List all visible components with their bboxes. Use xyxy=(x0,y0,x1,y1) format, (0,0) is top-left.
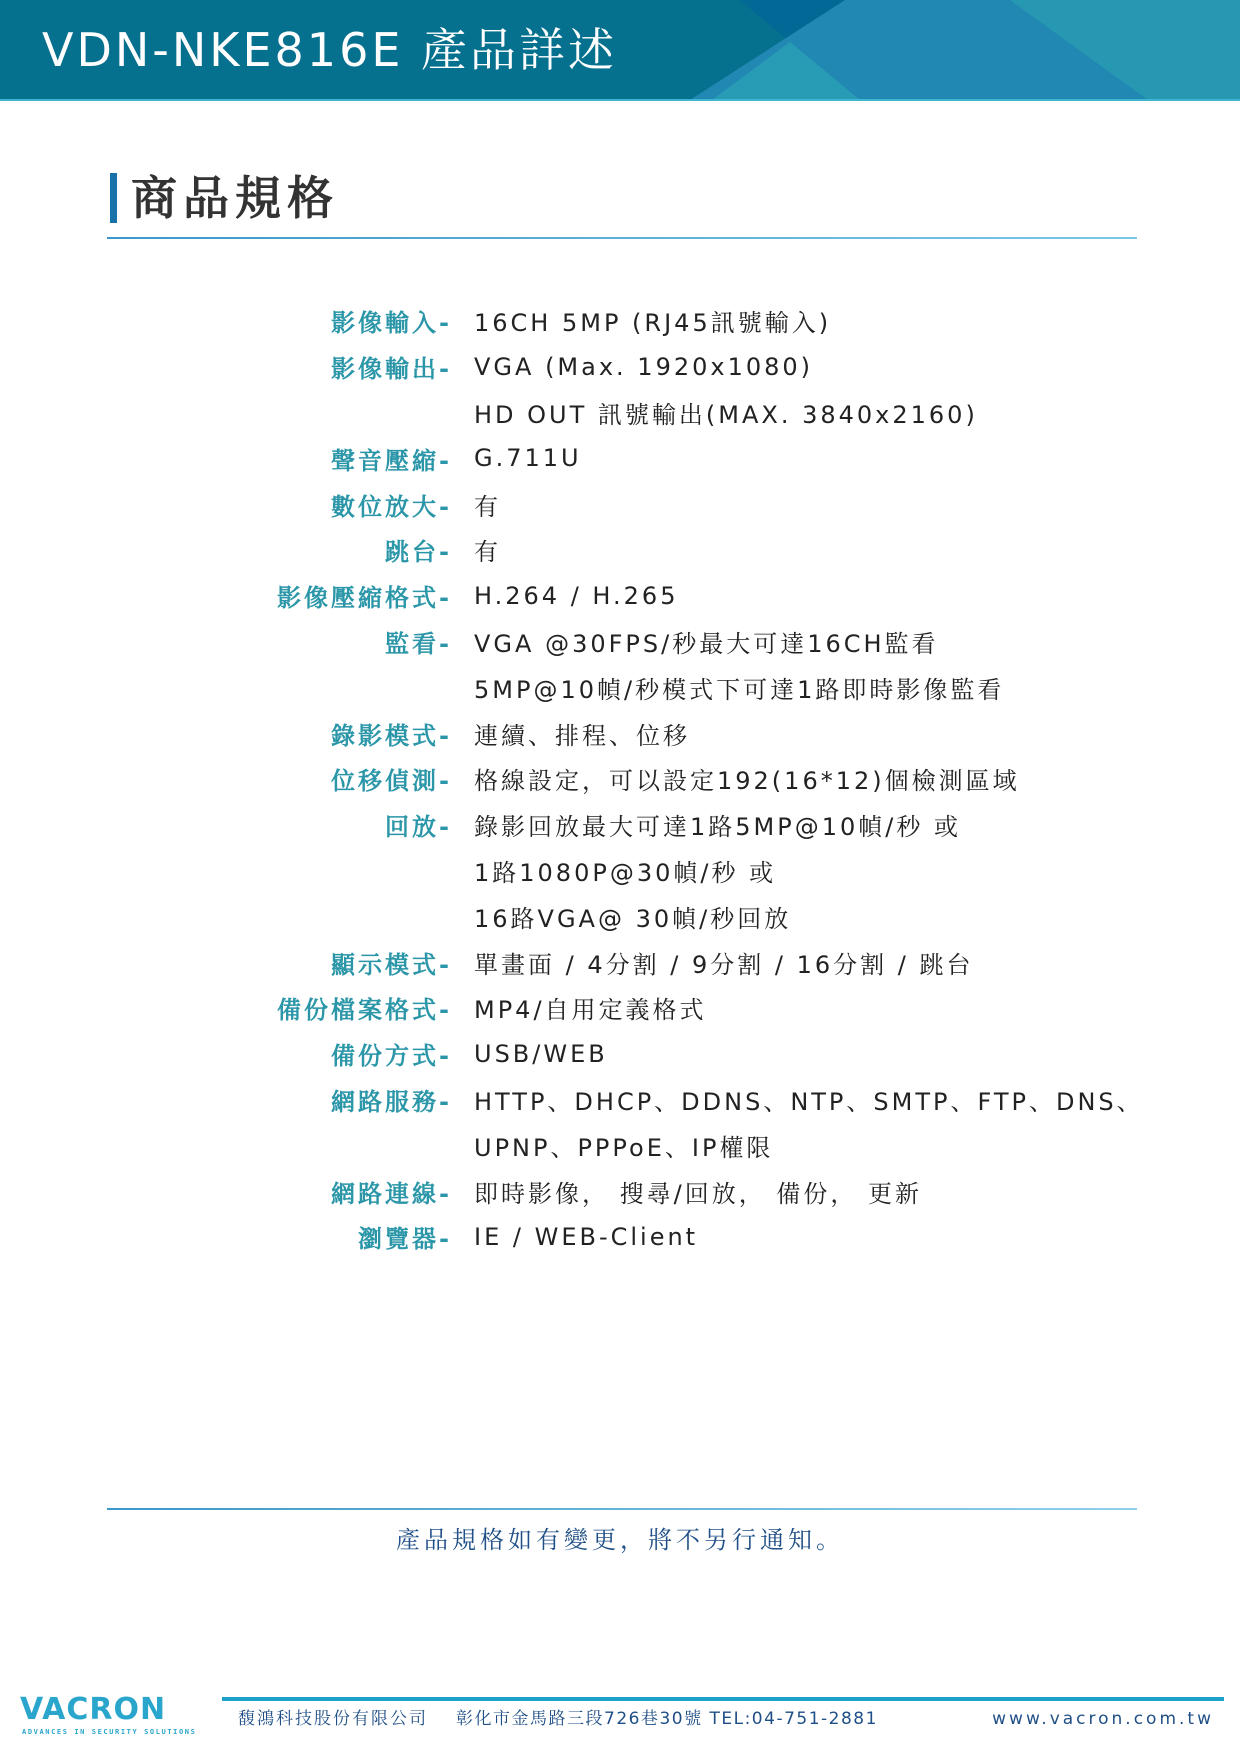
spec-label: 聲音壓縮- xyxy=(0,441,452,476)
spec-label: 數位放大- xyxy=(0,487,452,522)
footer-website-link[interactable]: www.vacron.com.tw xyxy=(992,1706,1214,1732)
spec-row: 5MP@10幀/秒模式下可達1路即時影像監看 xyxy=(0,664,1240,710)
spec-row: 監看-VGA @30FPS/秒最大可達16CH監看 xyxy=(0,619,1240,665)
spec-row: 備份方式-USB/WEB xyxy=(0,1031,1240,1077)
footer-divider xyxy=(222,1697,1224,1701)
spec-row: 錄影模式-連續、排程、位移 xyxy=(0,710,1240,756)
spec-row: 跳台-有 xyxy=(0,527,1240,573)
spec-label: 顯示模式- xyxy=(0,945,452,980)
logo-tagline: ADVANCES IN SECURITY SOLUTIONS xyxy=(22,1728,196,1736)
spec-list: 影像輸入-16CH 5MP (RJ45訊號輸入) 影像輸出-VGA (Max. … xyxy=(0,298,1240,1260)
spec-row: 顯示模式-單畫面 / 4分割 / 9分割 / 16分割 / 跳台 xyxy=(0,939,1240,985)
spec-row: 瀏覽器-IE / WEB-Client xyxy=(0,1214,1240,1260)
spec-row: 數位放大-有 xyxy=(0,481,1240,527)
spec-row: 1路1080P@30幀/秒 或 xyxy=(0,848,1240,894)
logo-wordmark: VACRON xyxy=(20,1694,166,1726)
spec-value: 連續、排程、位移 xyxy=(474,716,690,751)
spec-value: 有 xyxy=(474,532,501,567)
spec-value: 單畫面 / 4分割 / 9分割 / 16分割 / 跳台 xyxy=(474,945,973,980)
spec-label: 網路服務- xyxy=(0,1082,452,1117)
spec-value: USB/WEB xyxy=(474,1040,608,1068)
spec-value: 格線設定，可以設定192(16*12)個檢測區域 xyxy=(474,761,1020,796)
spec-value: 5MP@10幀/秒模式下可達1路即時影像監看 xyxy=(474,670,1004,705)
spec-row: 聲音壓縮-G.711U xyxy=(0,435,1240,481)
spec-label: 瀏覽器- xyxy=(0,1219,452,1254)
vacron-logo: VACRON ADVANCES IN SECURITY SOLUTIONS xyxy=(20,1694,210,1740)
spec-value: VGA @30FPS/秒最大可達16CH監看 xyxy=(474,624,939,659)
spec-row: 影像壓縮格式-H.264 / H.265 xyxy=(0,573,1240,619)
spec-row: 16路VGA@ 30幀/秒回放 xyxy=(0,893,1240,939)
spec-row: 網路服務-HTTP、DHCP、DDNS、NTP、SMTP、FTP、DNS、 xyxy=(0,1077,1240,1123)
footer-address: 彰化市金馬路三段726巷30號 TEL:04-751-2881 xyxy=(456,1706,878,1732)
section-divider xyxy=(107,237,1137,239)
spec-label: 跳台- xyxy=(0,532,452,567)
spec-value: 16路VGA@ 30幀/秒回放 xyxy=(474,899,791,934)
spec-label: 影像壓縮格式- xyxy=(0,578,452,613)
spec-row: 備份檔案格式-MP4/自用定義格式 xyxy=(0,985,1240,1031)
spec-label: 位移偵測- xyxy=(0,761,452,796)
spec-value: HD OUT 訊號輸出(MAX. 3840x2160) xyxy=(474,395,978,430)
spec-value: H.264 / H.265 xyxy=(474,582,678,610)
spec-value: 即時影像， 搜尋/回放， 備份， 更新 xyxy=(474,1174,922,1209)
section-accent-bar xyxy=(110,173,117,223)
spec-label: 網路連線- xyxy=(0,1174,452,1209)
spec-label: 回放- xyxy=(0,807,452,842)
spec-row: 回放-錄影回放最大可達1路5MP@10幀/秒 或 xyxy=(0,802,1240,848)
spec-row: 影像輸出-VGA (Max. 1920x1080) xyxy=(0,344,1240,390)
header-banner: VDN-NKE816E 產品詳述 xyxy=(0,0,1240,100)
spec-label: 備份檔案格式- xyxy=(0,990,452,1025)
spec-value: VGA (Max. 1920x1080) xyxy=(474,353,813,381)
spec-label: 影像輸入- xyxy=(0,303,452,338)
spec-value: MP4/自用定義格式 xyxy=(474,990,707,1025)
spec-value: IE / WEB-Client xyxy=(474,1223,698,1251)
spec-label: 影像輸出- xyxy=(0,349,452,384)
spec-label: 監看- xyxy=(0,624,452,659)
spec-value: 16CH 5MP (RJ45訊號輸入) xyxy=(474,303,831,338)
spec-change-notice: 產品規格如有變更，將不另行通知。 xyxy=(0,1522,1240,1558)
spec-value: HTTP、DHCP、DDNS、NTP、SMTP、FTP、DNS、 xyxy=(474,1082,1144,1117)
banner-bottom-edge xyxy=(0,99,1240,101)
spec-value: 有 xyxy=(474,487,501,522)
spec-row: UPNP、PPPoE、IP權限 xyxy=(0,1122,1240,1168)
spec-value: G.711U xyxy=(474,444,582,472)
spec-row: 網路連線-即時影像， 搜尋/回放， 備份， 更新 xyxy=(0,1168,1240,1214)
spec-label: 錄影模式- xyxy=(0,716,452,751)
spec-row: HD OUT 訊號輸出(MAX. 3840x2160) xyxy=(0,390,1240,436)
spec-value: 1路1080P@30幀/秒 或 xyxy=(474,853,776,888)
section-heading: 商品規格 xyxy=(110,172,339,224)
footer-company-name: 馥鴻科技股份有限公司 xyxy=(238,1706,428,1732)
section-title: 商品規格 xyxy=(131,172,339,224)
page-title: VDN-NKE816E 產品詳述 xyxy=(42,18,617,82)
spec-value: UPNP、PPPoE、IP權限 xyxy=(474,1128,773,1163)
spec-label: 備份方式- xyxy=(0,1036,452,1071)
spec-row: 影像輸入-16CH 5MP (RJ45訊號輸入) xyxy=(0,298,1240,344)
spec-row: 位移偵測-格線設定，可以設定192(16*12)個檢測區域 xyxy=(0,756,1240,802)
spec-value: 錄影回放最大可達1路5MP@10幀/秒 或 xyxy=(474,807,961,842)
notice-divider xyxy=(107,1508,1137,1510)
